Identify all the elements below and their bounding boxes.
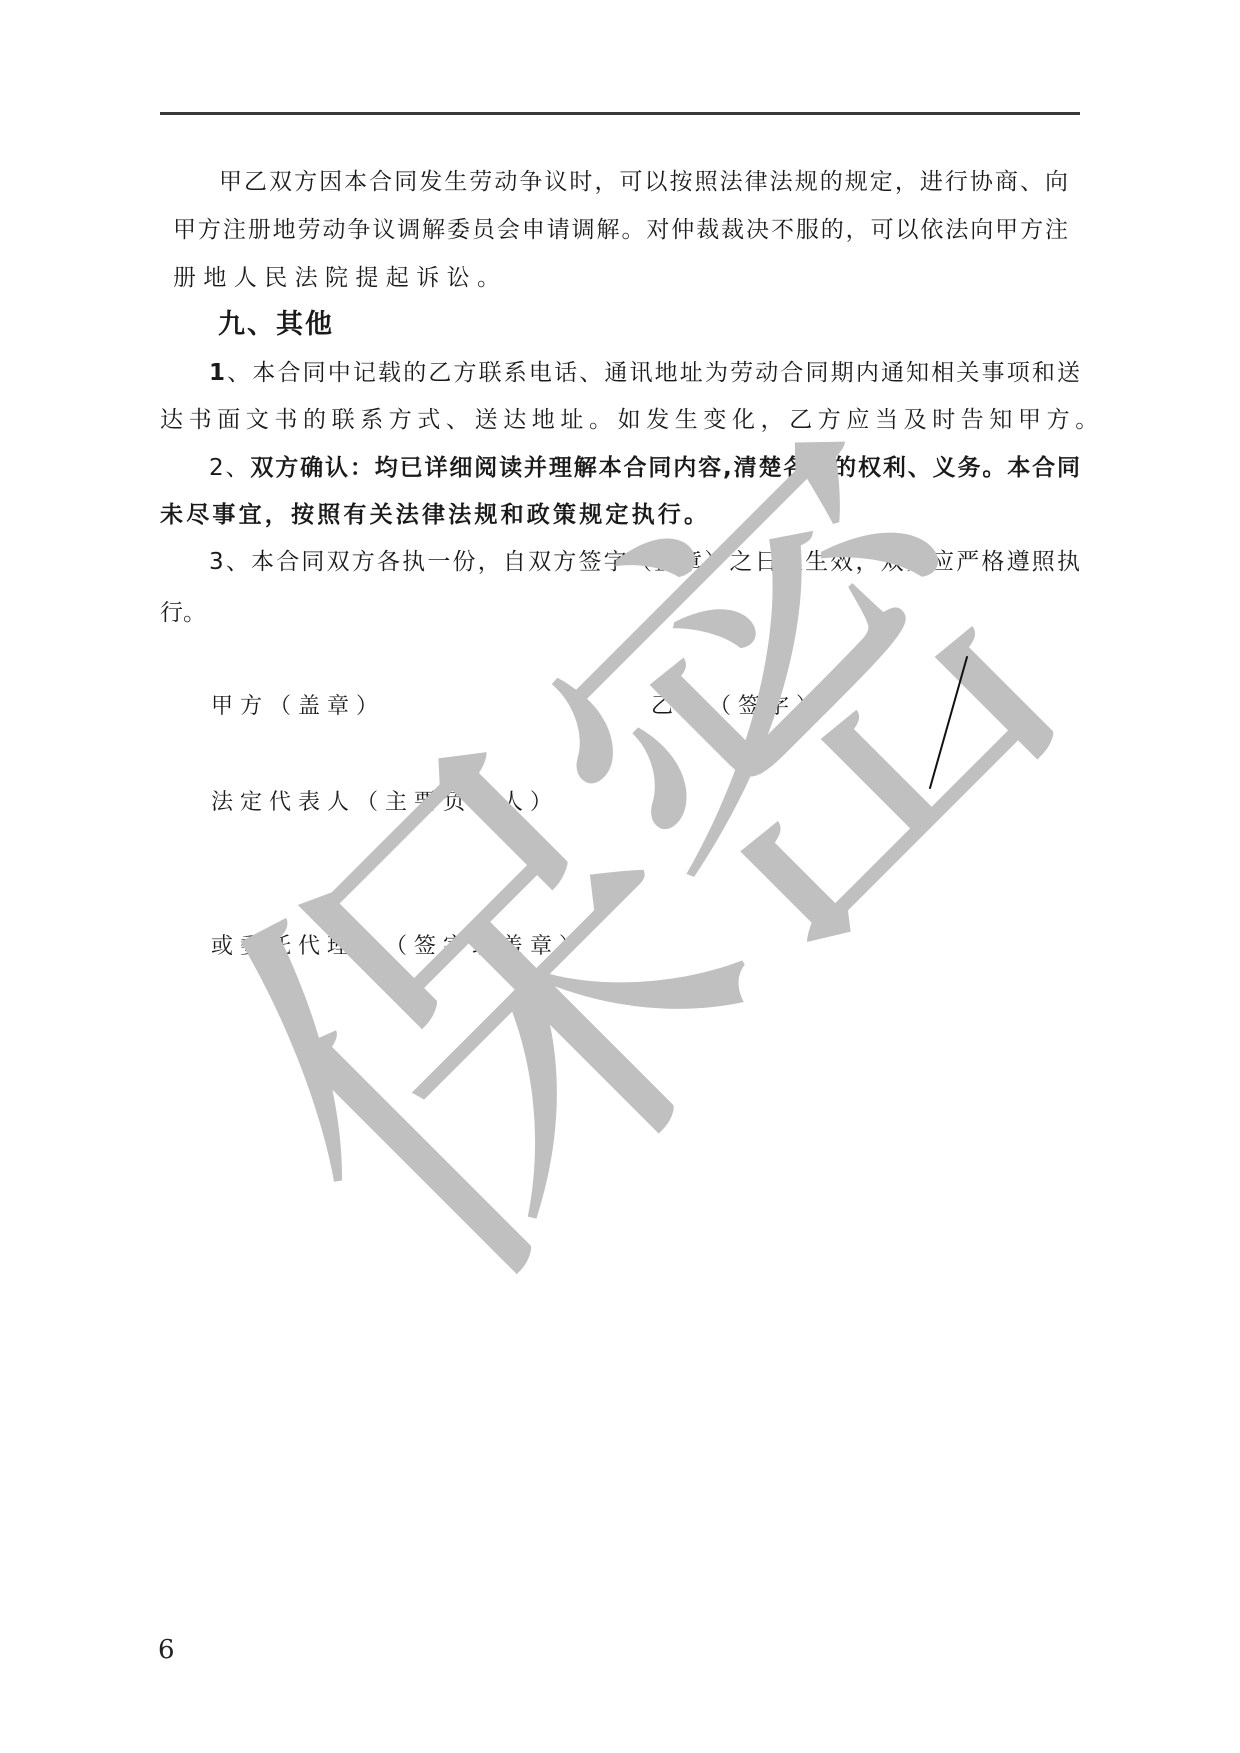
document-page: 甲乙双方因本合同发生劳动争议时，可以按照法律法规的规定，进行协商、向 甲方注册地… [0,0,1240,1753]
signature-stroke-icon [0,0,1240,1753]
